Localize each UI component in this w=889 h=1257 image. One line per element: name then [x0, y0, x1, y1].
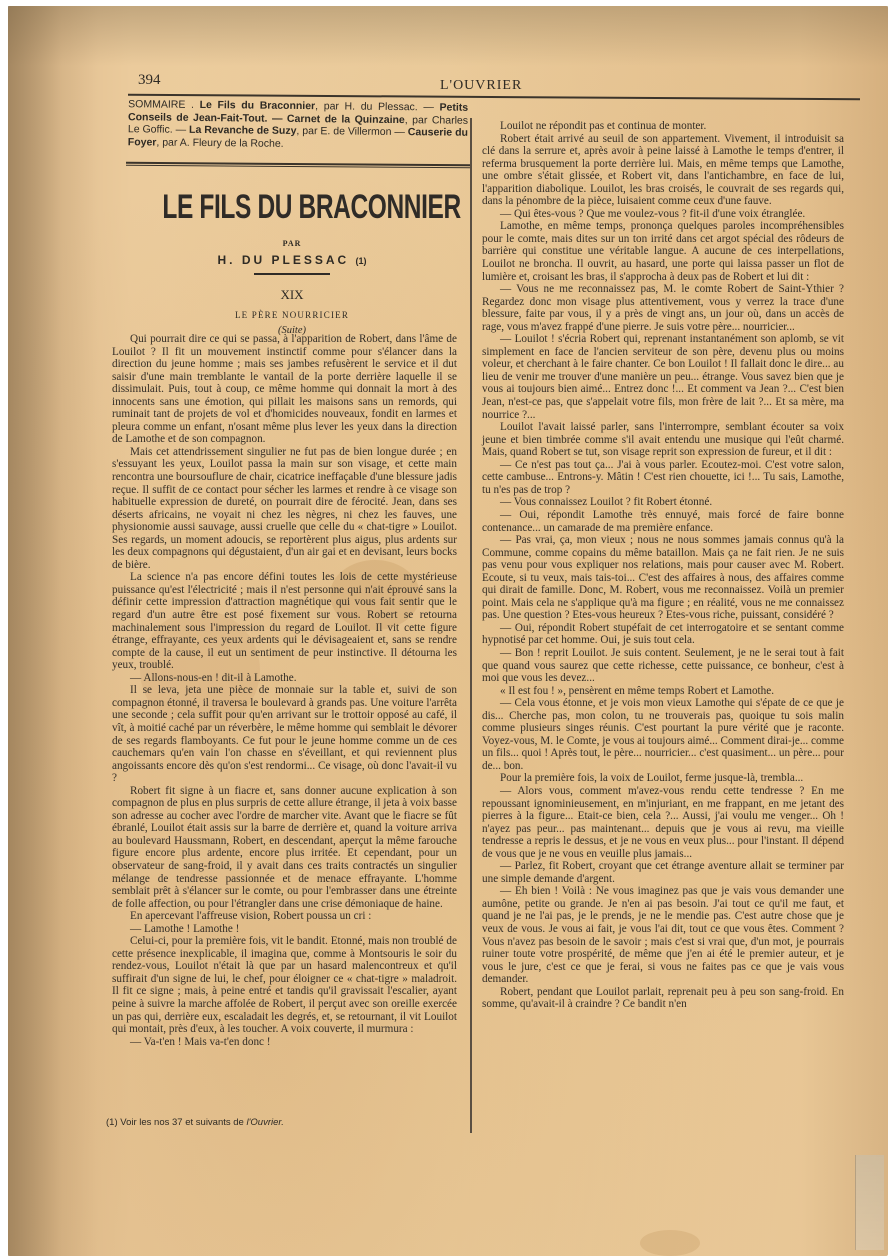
footnote-marker: (1): [356, 256, 367, 266]
page-edge-shadow: [8, 6, 98, 1256]
tape-repair: [855, 1155, 884, 1250]
paragraph: — Lamothe ! Lamothe !: [112, 923, 457, 936]
paragraph: — Parlez, fit Robert, croyant que cet ét…: [482, 860, 844, 885]
toc-entry-author: par H. du Plessac. —: [324, 100, 434, 113]
paragraph: — Va-t'en ! Mais va-t'en donc !: [112, 1036, 457, 1049]
chapter-number: XIX: [112, 287, 472, 303]
toc-entry-title: La Revanche de Suzy: [189, 124, 297, 137]
paragraph: — Alors vous, comment m'avez-vous rendu …: [482, 785, 844, 860]
article-by: PAR: [112, 239, 472, 248]
paragraph: — Ce n'est pas tout ça... J'ai à vous pa…: [482, 459, 844, 497]
paragraph: Robert, pendant que Louilot parlait, rep…: [482, 986, 844, 1011]
paragraph: Mais cet attendrissement singulier ne fu…: [112, 446, 457, 571]
paragraph: En apercevant l'affreuse vision, Robert …: [112, 910, 457, 923]
paragraph: — Qui êtes-vous ? Que me voulez-vous ? f…: [482, 208, 844, 221]
paragraph: Lamothe, en même temps, prononça quelque…: [482, 220, 844, 283]
paragraph: Qui pourrait dire ce qui se passa, à l'a…: [112, 333, 457, 446]
paragraph: Pour la première fois, la voix de Louilo…: [482, 772, 844, 785]
toc-entry-title: Le Fils du Braconnier: [200, 99, 316, 112]
footnote-publication: l'Ouvrier.: [246, 1117, 283, 1128]
page-header: 394 L'OUVRIER: [138, 72, 858, 96]
journal-name: L'OUVRIER: [440, 78, 522, 94]
left-column: Qui pourrait dire ce qui se passa, à l'a…: [112, 333, 457, 1048]
paragraph: — Pas vrai, ça, mon vieux ; nous ne nous…: [482, 534, 844, 622]
author-name: H. DU PLESSAC: [217, 253, 349, 267]
page-top-shadow: [8, 6, 888, 66]
footnote: (1) Voir les nos 37 et suivants de l'Ouv…: [106, 1117, 451, 1128]
toc-entry-author: par E. de Villermon —: [302, 125, 405, 138]
page-number: 394: [138, 72, 161, 89]
chapter-title: LE PÈRE NOURRICIER: [112, 310, 472, 320]
footnote-marker: (1): [106, 1117, 118, 1128]
paragraph: — Vous ne me reconnaissez pas, M. le com…: [482, 283, 844, 333]
paragraph: — Cela vous étonne, et je vois mon vieux…: [482, 697, 844, 772]
paragraph: Louilot ne répondit pas et continua de m…: [482, 120, 844, 133]
paragraph: — Vous connaissez Louilot ? fit Robert é…: [482, 496, 844, 509]
paragraph: Celui-ci, pour la première fois, vit le …: [112, 935, 457, 1035]
table-of-contents: SOMMAIRE . Le Fils du Braconnier, par H.…: [128, 98, 469, 152]
paragraph: Louilot l'avait laissé parler, sans l'in…: [482, 421, 844, 459]
article-title: LE FILS DU BRACONNIER: [162, 188, 421, 227]
stain: [640, 1230, 700, 1256]
paragraph: — Eh bien ! Voilà : Ne vous imaginez pas…: [482, 885, 844, 985]
author-rule: [254, 273, 330, 275]
sommaire-label: SOMMAIRE .: [128, 98, 194, 111]
paragraph: Robert était arrivé au seuil de son appa…: [482, 133, 844, 208]
article-author: H. DU PLESSAC (1): [112, 253, 472, 267]
paragraph: — Bon ! reprit Louilot. Je suis content.…: [482, 647, 844, 685]
article-heading: LE FILS DU BRACONNIER PAR H. DU PLESSAC …: [112, 180, 472, 336]
paragraph: La science n'a pas encore défini toutes …: [112, 571, 457, 671]
toc-entry-author: par A. Fleury de la Roche.: [162, 136, 284, 149]
paragraph: — Louilot ! s'écria Robert qui, reprenan…: [482, 333, 844, 421]
paragraph: — Oui, répondit Lamothe très ennuyé, mai…: [482, 509, 844, 534]
right-column: Louilot ne répondit pas et continua de m…: [482, 120, 844, 1011]
paragraph: Il se leva, jeta une pièce de monnaie su…: [112, 684, 457, 784]
paragraph: « Il est fou ! », pensèrent en même temp…: [482, 685, 844, 698]
paragraph: — Oui, répondit Robert stupéfait de cet …: [482, 622, 844, 647]
paragraph: Robert fit signe à un fiacre et, sans do…: [112, 785, 457, 910]
paragraph: — Allons-nous-en ! dit-il à Lamothe.: [112, 672, 457, 685]
footnote-text: Voir les nos 37 et suivants de: [120, 1117, 244, 1128]
